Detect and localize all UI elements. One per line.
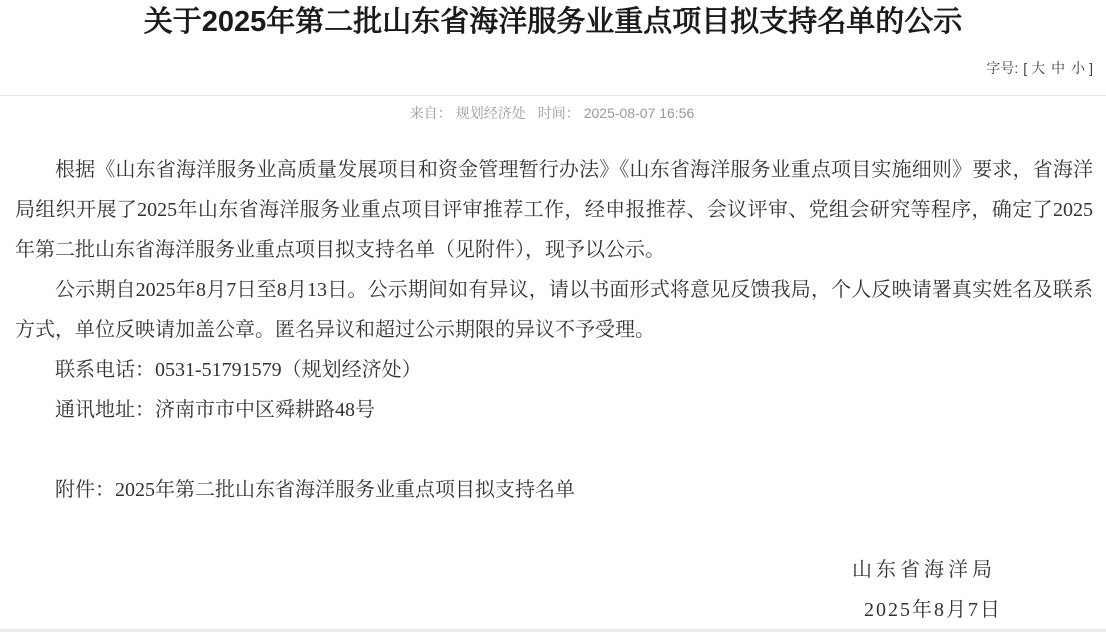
attachment-line[interactable]: 附件：2025年第二批山东省海洋服务业重点项目拟支持名单 [15,470,1093,510]
spacer-line [15,510,1093,550]
signature-issuer: 山东省海洋局 [15,550,1002,590]
font-size-option-medium[interactable]: 中 [1051,60,1065,76]
font-size-option-small[interactable]: 小 [1071,60,1085,76]
paragraph-basis: 根据《山东省海洋服务业高质量发展项目和资金管理暂行办法》《山东省海洋服务业重点项… [15,150,1093,270]
paragraph-objection-period: 公示期自2025年8月7日至8月13日。公示期间如有异议，请以书面形式将意见反馈… [15,270,1093,350]
meta-time-label: 时间： [538,105,580,121]
meta-bar: 来自：规划经济处时间：2025-08-07 16:56 [0,96,1106,131]
spacer-line [15,430,1093,470]
signature-date: 2025年8月7日 [15,590,1002,630]
font-size-open-bracket: [ [1023,60,1027,76]
font-size-label: 字号: [986,60,1018,76]
font-size-option-large[interactable]: 大 [1031,60,1045,76]
meta-source-label: 来自： [410,105,452,121]
contact-phone-line: 联系电话：0531-51791579（规划经济处） [15,350,1093,390]
meta-source-value: 规划经济处 [456,105,526,121]
page-title: 关于2025年第二批山东省海洋服务业重点项目拟支持名单的公示 [0,4,1106,40]
meta-time-value: 2025-08-07 16:56 [584,105,695,121]
font-size-control: 字号:[大中小] [0,60,1106,77]
signature-block: 山东省海洋局 2025年8月7日 [15,550,1093,630]
font-size-close-bracket: ] [1089,60,1093,76]
contact-address-line: 通讯地址：济南市市中区舜耕路48号 [15,390,1093,430]
notice-body: 根据《山东省海洋服务业高质量发展项目和资金管理暂行办法》《山东省海洋服务业重点项… [0,131,1106,630]
